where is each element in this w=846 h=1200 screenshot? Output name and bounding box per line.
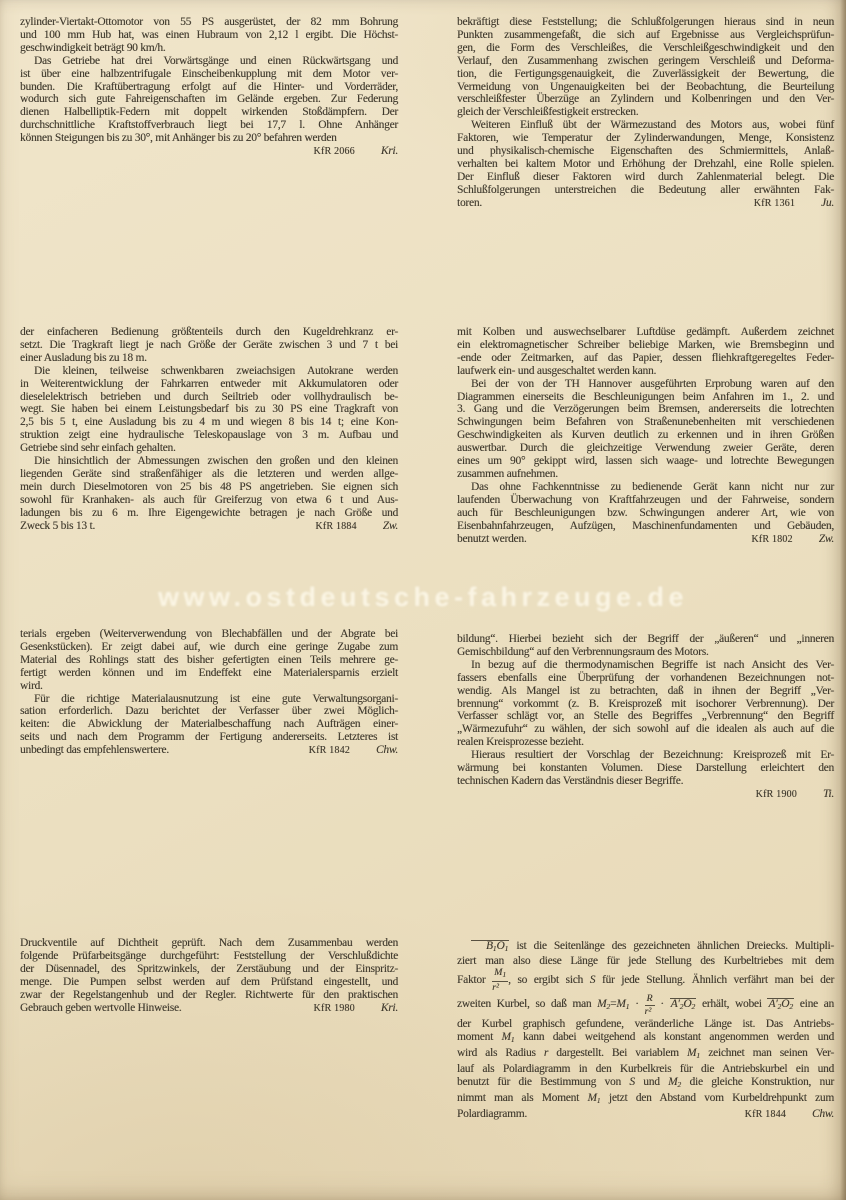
text-line: verhalten bei kaltem Motor und Erhöhung … <box>457 158 834 171</box>
text-line: laufenden Überwachung von Kraftfahrzeuge… <box>457 494 834 507</box>
text-line: gleich der Verschleißfestigkeit erstreck… <box>457 106 834 119</box>
abstract-block-left-4: Druckventile auf Dichtheit geprüft. Nach… <box>20 937 398 1015</box>
paragraph: Das ohne Fachkenntnisse zu bedienende Ge… <box>457 481 834 547</box>
subscript: 2 <box>606 1002 610 1011</box>
text-line: Das Getriebe hat drei Vorwärtsgänge und … <box>20 55 398 68</box>
text-line: Druckventile auf Dichtheit geprüft. Nach… <box>20 937 398 950</box>
text-line: verschleißfester Überzüge an Zylindern u… <box>457 93 834 106</box>
reference-code: KfR 1361 <box>754 198 795 209</box>
text-line: sation erforderlich. Dazu berichtet der … <box>20 705 398 718</box>
text-line: Faktoren, wie Temperatur der Zylinderwan… <box>457 132 834 145</box>
paragraph: zylinder-Viertakt-Ottomotor von 55 PS au… <box>20 16 398 55</box>
text-line: terials ergeben (Weiterverwendung von Bl… <box>20 628 398 641</box>
math-variable: r <box>544 1047 548 1059</box>
text-line: toren.KfR 1361Ju. <box>457 197 834 211</box>
math-variable: S <box>629 1076 634 1088</box>
text-line: B1O1 ist die Seitenlänge des gezeichnete… <box>457 939 834 955</box>
text-line: Hieraus resultiert der Vorschlag der Bez… <box>457 749 834 762</box>
text-line: zweiten Kurbel, so daß man M2=M1 · Rr² ·… <box>457 994 834 1018</box>
text-line: „Wärmezufuhr“ zu wählen, der sich sowohl… <box>457 723 834 736</box>
math-variable: M2 <box>597 998 610 1010</box>
paragraph: Die kleinen, teilweise schwenkbaren zwei… <box>20 365 398 455</box>
text-line: Diagrammen einerseits die Beschleunigung… <box>457 391 834 404</box>
paragraph: mit Kolben und auswechselbarer Luftdüse … <box>457 326 834 378</box>
text-line: fassers ebenfalls eine Überprüfung der v… <box>457 672 834 685</box>
subscript: 2 <box>677 1080 681 1089</box>
paragraph: Die hinsichtlich der Abmessungen zwische… <box>20 455 398 533</box>
reviewer-initials: Ti. <box>823 788 834 800</box>
paragraph: Druckventile auf Dichtheit geprüft. Nach… <box>20 937 398 1015</box>
text-line: auswertbar. Durch die gleichzeitige Verw… <box>457 442 834 455</box>
subscript: 1 <box>626 1002 630 1011</box>
text-line: wärmung bei konstanten Volumen. Diese Da… <box>457 762 834 775</box>
tail-text: benutzt werden. <box>457 533 526 546</box>
fraction-numerator: M1 <box>492 968 508 983</box>
text-line: Punkten zusammengefaßt, die sich auf Erg… <box>457 29 834 42</box>
math-variable: M2 <box>668 1076 681 1088</box>
text-line: laufwerk ein- und ausgeschaltet werden k… <box>457 365 834 378</box>
abstract-block-right-4: B1O1 ist die Seitenlänge des gezeichnete… <box>457 939 834 1122</box>
text-line: benutzt werden.KfR 1802Zw. <box>457 533 834 547</box>
text-line: wird als Radius r dargestellt. Bei varia… <box>457 1047 834 1063</box>
text-line: Schwingungen beim Befahren von Straßenun… <box>457 416 834 429</box>
text-line: fertigt werden können und im Endeffekt e… <box>20 667 398 680</box>
subscript: 2 <box>680 1002 684 1011</box>
text-line: liegenden Geräte sind straßenfähiger als… <box>20 468 398 481</box>
text-line: Gebrauch geben wertvolle Hinweise.KfR 19… <box>20 1002 398 1016</box>
text-line: Weiteren Einfluß übt der Wärmezustand de… <box>457 119 834 132</box>
math-variable: M1 <box>501 1031 514 1043</box>
reference-line: KfR 1900Ti. <box>457 788 834 802</box>
abstract-block-left-2: der einfacheren Bedienung größtenteils d… <box>20 326 398 534</box>
text-line: Geschwindigkeiten als Kurven deutlich zu… <box>457 429 834 442</box>
text-line: einer Ausladung bis zu 18 m. <box>20 352 398 365</box>
text-line: Schlußfolgerungen unterstreichen die Bed… <box>457 184 834 197</box>
subscript: 2 <box>789 1002 793 1011</box>
text-line: bekräftigt diese Feststellung; die Schlu… <box>457 16 834 29</box>
reference-code: KfR 1844 <box>745 1109 786 1120</box>
text-line: unbedingt das empfehlenswertere.KfR 1842… <box>20 744 398 758</box>
reference-code: KfR 1884 <box>315 521 356 532</box>
text-line: Bei der von der TH Hannover ausgeführten… <box>457 378 834 391</box>
watermark-text: www.ostdeutsche-fahrzeuge.de <box>0 582 846 613</box>
text-line: geschwindigkeit beträgt 90 km/h. <box>20 42 398 55</box>
text-line: wegt. Sie haben bei einem Leistungsbedar… <box>20 403 398 416</box>
math-variable: M1 <box>587 1092 600 1104</box>
text-line: brennung“ vorkommt (z. B. Kreisprozeß mi… <box>457 698 834 711</box>
text-line: benutzt für die Bestimmung von S und M2 … <box>457 1076 834 1092</box>
text-line: Der Einfluß dieser Faktoren wird durch Z… <box>457 171 834 184</box>
text-line: -ende oder Zeitmarken, auf das Papier, d… <box>457 352 834 365</box>
abstract-reference: KfR 1900Ti. <box>756 788 834 800</box>
text-line: lauf als Polardiagramm in den Kurbelkrei… <box>457 1063 834 1076</box>
text-line: bildung“. Hierbei bezieht sich der Begri… <box>457 633 834 646</box>
subscript: 1 <box>502 970 506 979</box>
text-line: tion, die Fertigungsgenauigkeit, die Zuv… <box>457 68 834 81</box>
reviewer-initials: Chw. <box>812 1108 834 1120</box>
text-line: Eisenbahnfahrzeugen, Aufzügen, Maschinen… <box>457 520 834 533</box>
text-line: der Düsennadel, des Spritzwinkels, der Z… <box>20 963 398 976</box>
text-line: folgende Prüfarbeitsgänge durchgeführt: … <box>20 950 398 963</box>
text-line: moment M1 kann dabei weitgehend als kons… <box>457 1031 834 1047</box>
abstract-reference: KfR 1361Ju. <box>754 197 834 211</box>
subscript: 1 <box>696 1051 700 1060</box>
tail-text: Zweck 5 bis 13 t. <box>20 520 95 533</box>
abstract-block-right-2: mit Kolben und auswechselbarer Luftdüse … <box>457 326 834 546</box>
text-line: eines um 90° gekippt wird, lassen sich w… <box>457 455 834 468</box>
text-line: keiten: die Abwicklung der Materialbesch… <box>20 718 398 731</box>
text-line: zwar der Regelstangenhub und der Regler.… <box>20 989 398 1002</box>
text-line: und physikalisch-chemische Eigenschaften… <box>457 145 834 158</box>
text-line: und 100 mm Hub hat, was einen Hubraum vo… <box>20 29 398 42</box>
scanned-journal-page: www.ostdeutsche-fahrzeuge.de zylinder-Vi… <box>0 0 846 1200</box>
text-line: seits und nach dem Programm der Fertigun… <box>20 731 398 744</box>
paragraph: Hieraus resultiert der Vorschlag der Bez… <box>457 749 834 788</box>
text-line: gen, die Form des Verschleißes, die Vers… <box>457 42 834 55</box>
reference-code: KfR 1900 <box>756 789 797 800</box>
reference-code: KfR 2066 <box>314 146 355 157</box>
reviewer-initials: Zw. <box>819 533 834 545</box>
text-line: ist über eine halbzentrifugale Einscheib… <box>20 68 398 81</box>
text-line: wodurch sich gute Fahreigenschaften im G… <box>20 93 398 106</box>
subscript: 1 <box>511 1035 515 1044</box>
text-line: nimmt man als Moment M1 jetzt den Abstan… <box>457 1092 834 1108</box>
abstract-reference: KfR 2066Kri. <box>314 145 399 157</box>
abstract-block-right-3: bildung“. Hierbei bezieht sich der Begri… <box>457 633 834 802</box>
text-line: in Weiterentwicklung der Fahrkarren entw… <box>20 378 398 391</box>
text-line: Die kleinen, teilweise schwenkbaren zwei… <box>20 365 398 378</box>
paragraph: bekräftigt diese Feststellung; die Schlu… <box>457 16 834 119</box>
text-line: durchschnittliche Kraftstoffverbrauch li… <box>20 119 398 132</box>
paragraph: Das Getriebe hat drei Vorwärtsgänge und … <box>20 55 398 145</box>
subscript: 1 <box>597 1096 601 1105</box>
text-line: Verlauf, den Zusammenhang zwischen gerin… <box>457 55 834 68</box>
reference-code: KfR 1802 <box>751 534 792 545</box>
text-line: menge. Die Pumpen selbst werden auf dem … <box>20 976 398 989</box>
text-line: der Kurbel graphisch gefundene, veränder… <box>457 1018 834 1031</box>
reviewer-initials: Kri. <box>381 145 398 157</box>
text-line: setzt. Die Tragkraft liegt je nach Größe… <box>20 339 398 352</box>
abstract-reference: KfR 1844Chw. <box>745 1108 834 1122</box>
text-line: auch für Beschleunigungen bzw. Schwingun… <box>457 507 834 520</box>
reference-code: KfR 1842 <box>309 745 350 756</box>
text-line: wendig. Als Mangel ist zu betrachten, da… <box>457 685 834 698</box>
text-line: Getriebe sind sehr einfach gehalten. <box>20 442 398 455</box>
text-line: Für die richtige Materialausnutzung ist … <box>20 693 398 706</box>
text-line: Die hinsichtlich der Abmessungen zwische… <box>20 455 398 468</box>
abstract-block-left-1: zylinder-Viertakt-Ottomotor von 55 PS au… <box>20 16 398 159</box>
paragraph: Bei der von der TH Hannover ausgeführten… <box>457 378 834 481</box>
reviewer-initials: Kri. <box>381 1002 398 1014</box>
tail-text: unbedingt das empfehlenswertere. <box>20 744 169 757</box>
text-line: 3. Gang und die Verzögerungen beim Brems… <box>457 403 834 416</box>
reviewer-initials: Ju. <box>821 197 834 209</box>
abstract-block-left-3: terials ergeben (Weiterverwendung von Bl… <box>20 628 398 758</box>
text-line: dienen Halbelliptik-Federn mit doppelt w… <box>20 106 398 119</box>
paragraph: bildung“. Hierbei bezieht sich der Begri… <box>457 633 834 659</box>
text-line: Verfasser schlägt vor, an Stelle des Beg… <box>457 710 834 723</box>
fraction-numerator: R <box>645 994 655 1007</box>
text-line: Zweck 5 bis 13 t.KfR 1884Zw. <box>20 520 398 534</box>
text-line: Material des Rohlings statt des bisher g… <box>20 654 398 667</box>
tail-text: Gebrauch geben wertvolle Hinweise. <box>20 1002 181 1015</box>
abstract-reference: KfR 1802Zw. <box>751 533 834 547</box>
text-line: wird. <box>20 680 398 693</box>
text-line: der einfacheren Bedienung größtenteils d… <box>20 326 398 339</box>
paragraph: Für die richtige Materialausnutzung ist … <box>20 693 398 759</box>
overlined-segment: B1O1 <box>471 940 509 955</box>
text-line: Vermeidung von Ungenauigkeiten bei der B… <box>457 81 834 94</box>
math-variable: S <box>590 974 595 986</box>
overlined-segment: A′2O2 <box>670 998 697 1013</box>
math-variable: M1 <box>687 1047 700 1059</box>
subscript: 1 <box>493 944 497 953</box>
fraction: Rr² <box>645 994 655 1018</box>
text-line: ladungen bis zu 6 m. Ihre Eigengewichte … <box>20 507 398 520</box>
paragraph: B1O1 ist die Seitenlänge des gezeichnete… <box>457 939 834 1122</box>
abstract-reference: KfR 1980Kri. <box>314 1002 399 1016</box>
text-line: zusammen aufnehmen. <box>457 468 834 481</box>
subscript: 2 <box>778 1002 782 1011</box>
paragraph: In bezug auf die thermodynamischen Begri… <box>457 659 834 749</box>
math-variable: M1 <box>616 998 629 1010</box>
abstract-reference: KfR 1842Chw. <box>309 744 398 758</box>
paragraph: terials ergeben (Weiterverwendung von Bl… <box>20 628 398 693</box>
text-line: struktion zeigt eine hydraulische Telesk… <box>20 429 398 442</box>
text-line: technischen Kadern das Verständnis diese… <box>457 775 834 788</box>
text-line: 2,5 bis 5 t, eine Ausladung bis zu 4 m u… <box>20 416 398 429</box>
text-line: Polardiagramm.KfR 1844Chw. <box>457 1108 834 1122</box>
fraction-denominator: r² <box>492 982 508 994</box>
fraction-denominator: r² <box>645 1006 655 1018</box>
reference-line: KfR 2066Kri. <box>20 145 398 159</box>
text-line: realen Kreisprozesse bezieht. <box>457 736 834 749</box>
subscript: 2 <box>691 1002 695 1011</box>
tail-text: Polardiagramm. <box>457 1108 527 1121</box>
abstract-reference: KfR 1884Zw. <box>315 520 398 534</box>
text-line: ziert man also diese Länge für jede Stel… <box>457 955 834 968</box>
abstract-block-right-1: bekräftigt diese Feststellung; die Schlu… <box>457 16 834 211</box>
subscript: 1 <box>505 944 509 953</box>
text-line: mein durch Dieselmotoren von 25 bis 48 P… <box>20 481 398 494</box>
text-line: Faktor M1r², so ergibt sich S für jede S… <box>457 968 834 994</box>
text-line: In bezug auf die thermodynamischen Begri… <box>457 659 834 672</box>
page-edge-shadow <box>840 0 846 1200</box>
text-line: sowohl für Kranhaken- als auch für Greif… <box>20 494 398 507</box>
text-line: dieselelektrisch betrieben und durch Sei… <box>20 391 398 404</box>
tail-text: toren. <box>457 197 482 210</box>
text-line: Gemischbildung“ auf den Verbrennungsraum… <box>457 646 834 659</box>
fraction: M1r² <box>492 968 508 994</box>
text-line: mit Kolben und auswechselbarer Luftdüse … <box>457 326 834 339</box>
text-line: Das ohne Fachkenntnisse zu bedienende Ge… <box>457 481 834 494</box>
text-line: zylinder-Viertakt-Ottomotor von 55 PS au… <box>20 16 398 29</box>
text-line: Gesenkstücken). Er zeigt dabei auf, wie … <box>20 641 398 654</box>
paragraph: der einfacheren Bedienung größtenteils d… <box>20 326 398 365</box>
reference-code: KfR 1980 <box>314 1003 355 1014</box>
text-line: bunden. Die Kraftübertragung erfolgt auf… <box>20 81 398 94</box>
paragraph: Weiteren Einfluß übt der Wärmezustand de… <box>457 119 834 210</box>
reviewer-initials: Zw. <box>383 520 398 532</box>
overlined-segment: A′2O2 <box>767 998 794 1013</box>
text-line: ein elektromagnetischer Schreiber belieb… <box>457 339 834 352</box>
reviewer-initials: Chw. <box>376 744 398 756</box>
text-line: können Steigungen bis zu 30°, mit Anhäng… <box>20 132 398 145</box>
